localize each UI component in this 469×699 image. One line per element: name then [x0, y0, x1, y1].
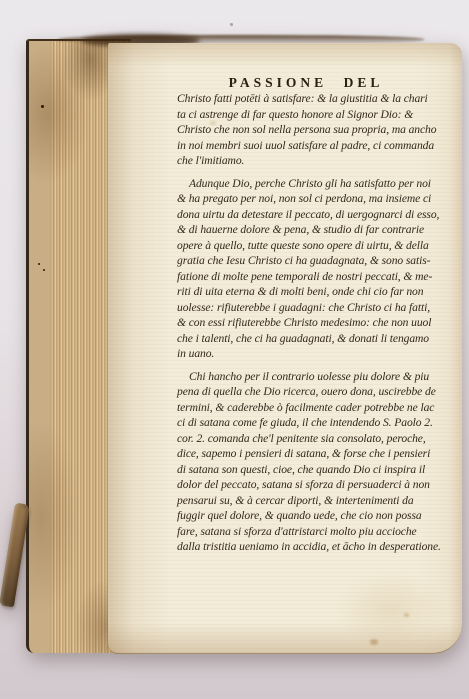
paragraph: Christo fatti potēti à satisfare: & la g…	[177, 91, 465, 169]
text-line: & con essi rifiuterebbe Christo medesimo…	[177, 315, 465, 331]
text-line: fare, satana si sforza d'attristarci mol…	[177, 524, 465, 540]
text-line: in noi membri suoi uuol satisfare al pad…	[177, 138, 465, 154]
text-line: dona uirtu da detestare il peccato, di u…	[177, 207, 465, 223]
text-line: gratia che Iesu Christo ci ha guadagnata…	[177, 253, 465, 269]
text-line: ci di satana come fe giuda, il che inten…	[177, 415, 465, 431]
running-header: PASSIONE DEL	[177, 75, 435, 90]
text-line: che i talenti, che ci ha guadagnati, & d…	[177, 331, 465, 347]
paragraph: Chi hancho per il contrario uolesse piu …	[177, 369, 465, 555]
text-line: di satana son questi, cioe, che quando D…	[177, 462, 465, 478]
text-line: pensarui su, & à cercar diporti, & inter…	[177, 493, 465, 509]
text-line: & di hauerne dolore & pena, & studio di …	[177, 222, 465, 238]
text-line: Adunque Dio, perche Christo gli ha satis…	[177, 176, 465, 192]
wormhole	[41, 105, 44, 108]
text-line: ta ci astrenge di far questo honore al S…	[177, 107, 465, 123]
text-line: dalla tristitia ueniamo in accidia, et ā…	[177, 539, 465, 555]
text-line: cor. 2. comanda che'l penitente sia cons…	[177, 431, 465, 447]
foxing-spot	[370, 639, 378, 645]
text-line: fuggir quel dolore, & quando uede, che c…	[177, 508, 465, 524]
text-line: fatione di molte pene temporali de nostr…	[177, 269, 465, 285]
foxing-spot	[404, 613, 409, 617]
text-line: Christo che non sol nella persona sua pr…	[177, 122, 465, 138]
book: PASSIONE DEL Christo fatti potēti à sati…	[24, 35, 462, 658]
text-line: dolor del peccato, satana si sforza di p…	[177, 477, 465, 493]
text-line: in uano.	[177, 346, 465, 362]
text-line: termini, & caderebbe ò facilmente cader …	[177, 400, 465, 416]
background-speck	[230, 23, 233, 26]
photo-stage: PASSIONE DEL Christo fatti potēti à sati…	[0, 0, 469, 699]
text-line: opere à quello, tutte queste sono opere …	[177, 238, 465, 254]
text-line: Chi hancho per il contrario uolesse piu …	[177, 369, 465, 385]
wormhole	[38, 263, 40, 265]
text-line: che l'imitiamo.	[177, 153, 465, 169]
wormhole	[43, 269, 45, 271]
text-line: & ha pregato per noi, non sol ci perdona…	[177, 191, 465, 207]
text-block: PASSIONE DEL Christo fatti potēti à sati…	[177, 75, 465, 555]
text-line: pena di quella che Dio ricerca, ouero do…	[177, 384, 465, 400]
text-line: Christo fatti potēti à satisfare: & la g…	[177, 91, 465, 107]
text-line: riti di uita eterna & di molti beni, ond…	[177, 284, 465, 300]
paragraph: Adunque Dio, perche Christo gli ha satis…	[177, 176, 465, 362]
text-line: uolesse: rifiuterebbe i guadagni: che Ch…	[177, 300, 465, 316]
text-line: dice, sapemo i pensieri di satana, & for…	[177, 446, 465, 462]
